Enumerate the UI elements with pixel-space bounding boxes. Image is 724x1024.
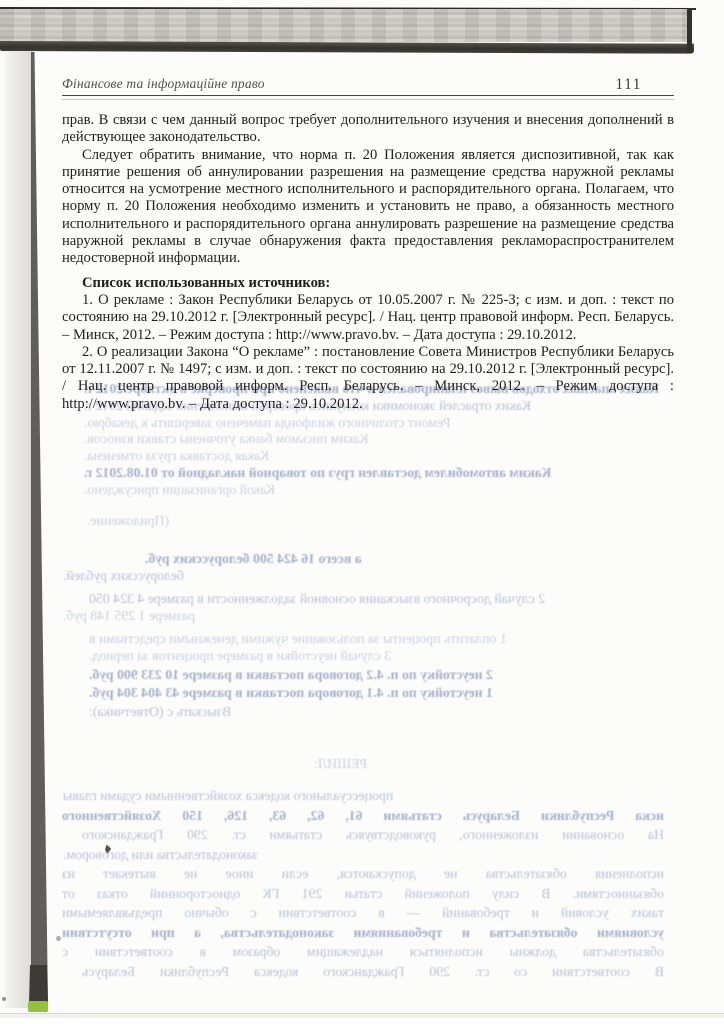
green-mark [28,1001,48,1012]
scanned-document-page: Каких опасных отходов вывоз планировался… [0,0,724,1024]
paragraph: 2. О реализации Закона “О рекламе” : пос… [62,344,674,413]
page-fold-edge-dark [29,965,48,1004]
paragraph: Список использованных источников: [62,275,674,292]
paragraph: 1. О рекламе : Закон Республики Беларусь… [62,292,674,344]
header-rule-secondary [62,99,674,100]
page-header: Фінансове та інформаційне право 111 [62,76,674,96]
page-body-text: прав. В связи с чем данный вопрос требуе… [62,112,674,413]
page-number: 111 [615,77,642,93]
running-title: Фінансове та інформаційне право [62,76,265,92]
ink-speck [56,936,61,941]
ink-speck [2,997,6,1001]
scan-bottom-edge-glow [0,1014,724,1018]
paragraph: Следует обратить внимание, что норма п. … [62,147,674,268]
page-fold-edge [31,52,48,1004]
paragraph: прав. В связи с чем данный вопрос требуе… [62,112,674,147]
